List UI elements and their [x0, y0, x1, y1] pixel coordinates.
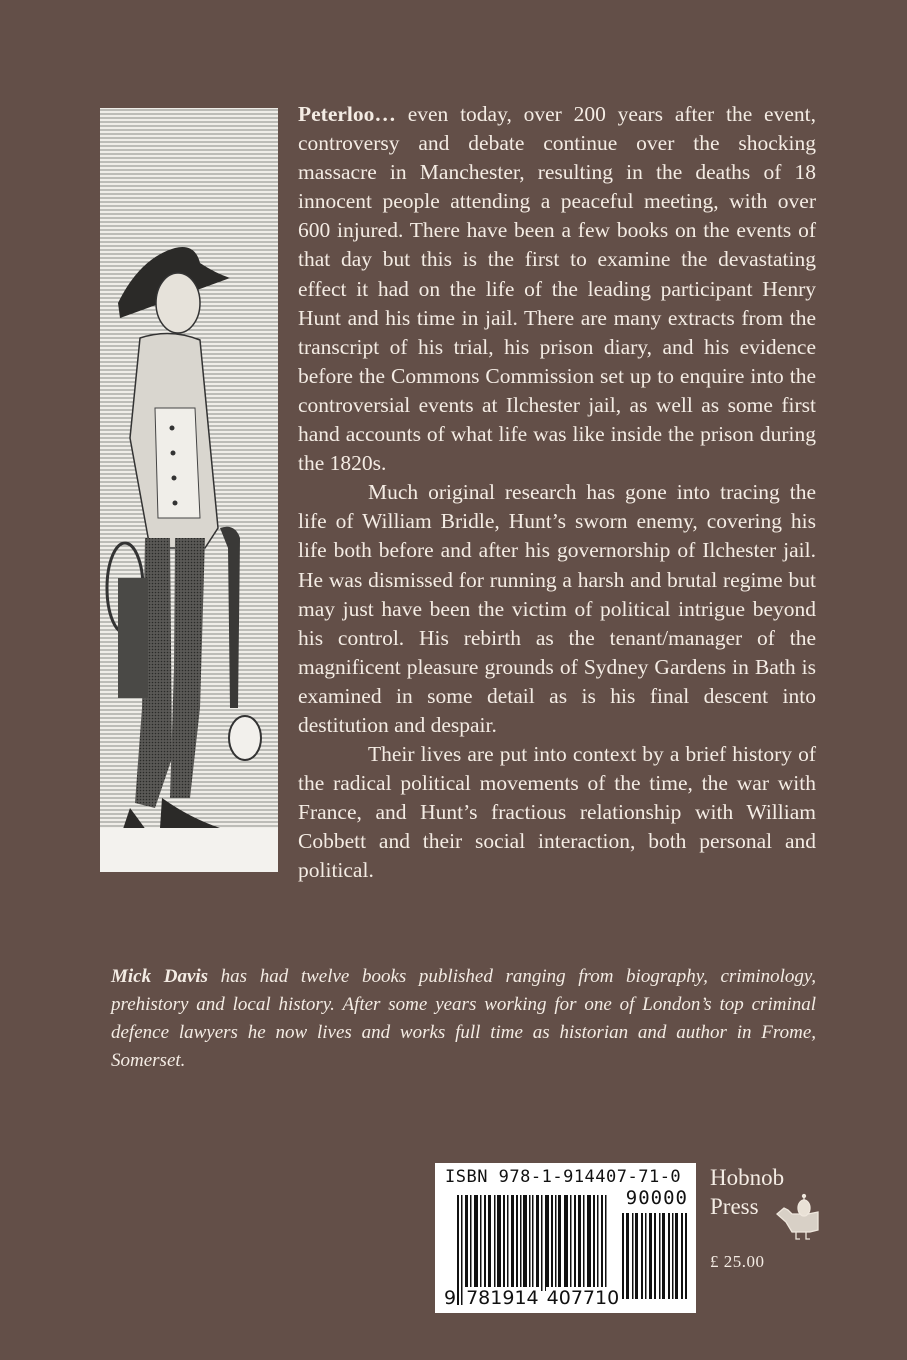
- blurb-paragraph-3: Their lives are put into context by a br…: [298, 740, 816, 885]
- price: £ 25.00: [710, 1252, 765, 1272]
- figure-on-horse-logo-icon: [774, 1192, 822, 1242]
- blurb-paragraph-1-text: even today, over 200 years after the eve…: [298, 102, 816, 475]
- price-code: 90000: [626, 1187, 688, 1209]
- engraving-man-with-chains-icon: [100, 108, 278, 872]
- ean-first-digit: 9: [443, 1287, 457, 1309]
- author-bio: Mick Davis has had twelve books publishe…: [111, 963, 816, 1075]
- cover-illustration: [100, 108, 278, 872]
- blurb-paragraph-1: Peterloo… even today, over 200 years aft…: [298, 100, 816, 478]
- blurb-paragraph-2: Much original research has gone into tra…: [298, 478, 816, 740]
- back-cover-blurb: Peterloo… even today, over 200 years aft…: [298, 100, 816, 886]
- isbn-label: ISBN 978-1-914407-71-0: [445, 1167, 681, 1187]
- publisher-name: Hobnob Press: [710, 1163, 784, 1221]
- ean-left-group: 781914: [465, 1287, 540, 1309]
- addon-barcode-bars-icon: [622, 1213, 688, 1299]
- author-bio-text: has had twelve books published ranging f…: [111, 966, 816, 1071]
- blurb-lead-word: Peterloo…: [298, 102, 396, 126]
- publisher-line-1: Hobnob: [710, 1163, 784, 1192]
- ean-digits: 9781914 407710: [443, 1287, 620, 1309]
- author-name: Mick Davis: [111, 966, 208, 987]
- isbn-barcode: ISBN 978-1-914407-71-0 90000: [435, 1163, 696, 1313]
- ean-right-group: 407710: [546, 1287, 621, 1309]
- publisher-line-2: Press: [710, 1192, 784, 1221]
